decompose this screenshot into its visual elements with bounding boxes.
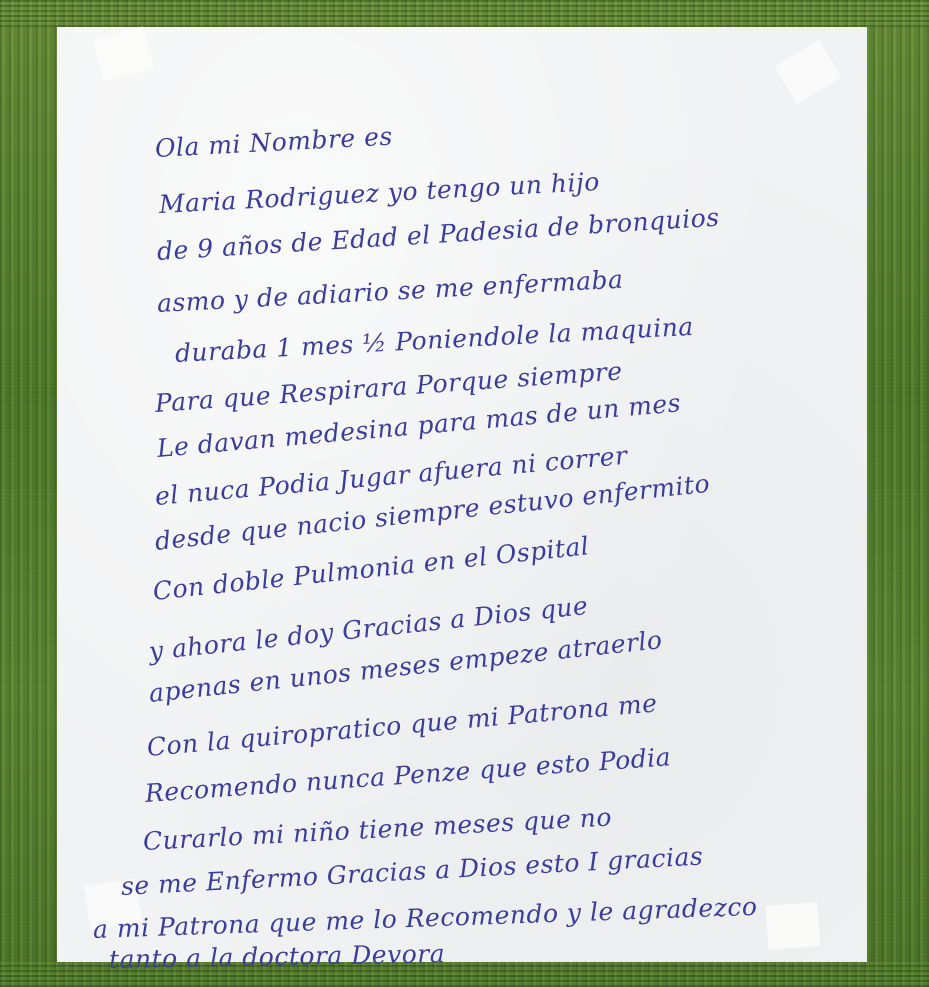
letter-line: a mi Patrona que me lo Recomendo y le ag… — [92, 892, 757, 944]
handwritten-letter: Ola mi Nombre es Maria Rodriguez yo teng… — [57, 27, 867, 962]
letter-line: Curarlo mi niño tiene meses que no — [142, 802, 612, 856]
letter-line: Ola mi Nombre es — [154, 122, 393, 163]
letter-line: tanto a la doctora Devora — [109, 939, 446, 974]
letter-paper: Ola mi Nombre es Maria Rodriguez yo teng… — [57, 27, 867, 962]
letter-line: asmo y de adiario se me enfermaba — [156, 265, 624, 318]
green-frame-top — [0, 0, 929, 27]
letter-line: Maria Rodriguez yo tengo un hijo — [158, 167, 600, 219]
